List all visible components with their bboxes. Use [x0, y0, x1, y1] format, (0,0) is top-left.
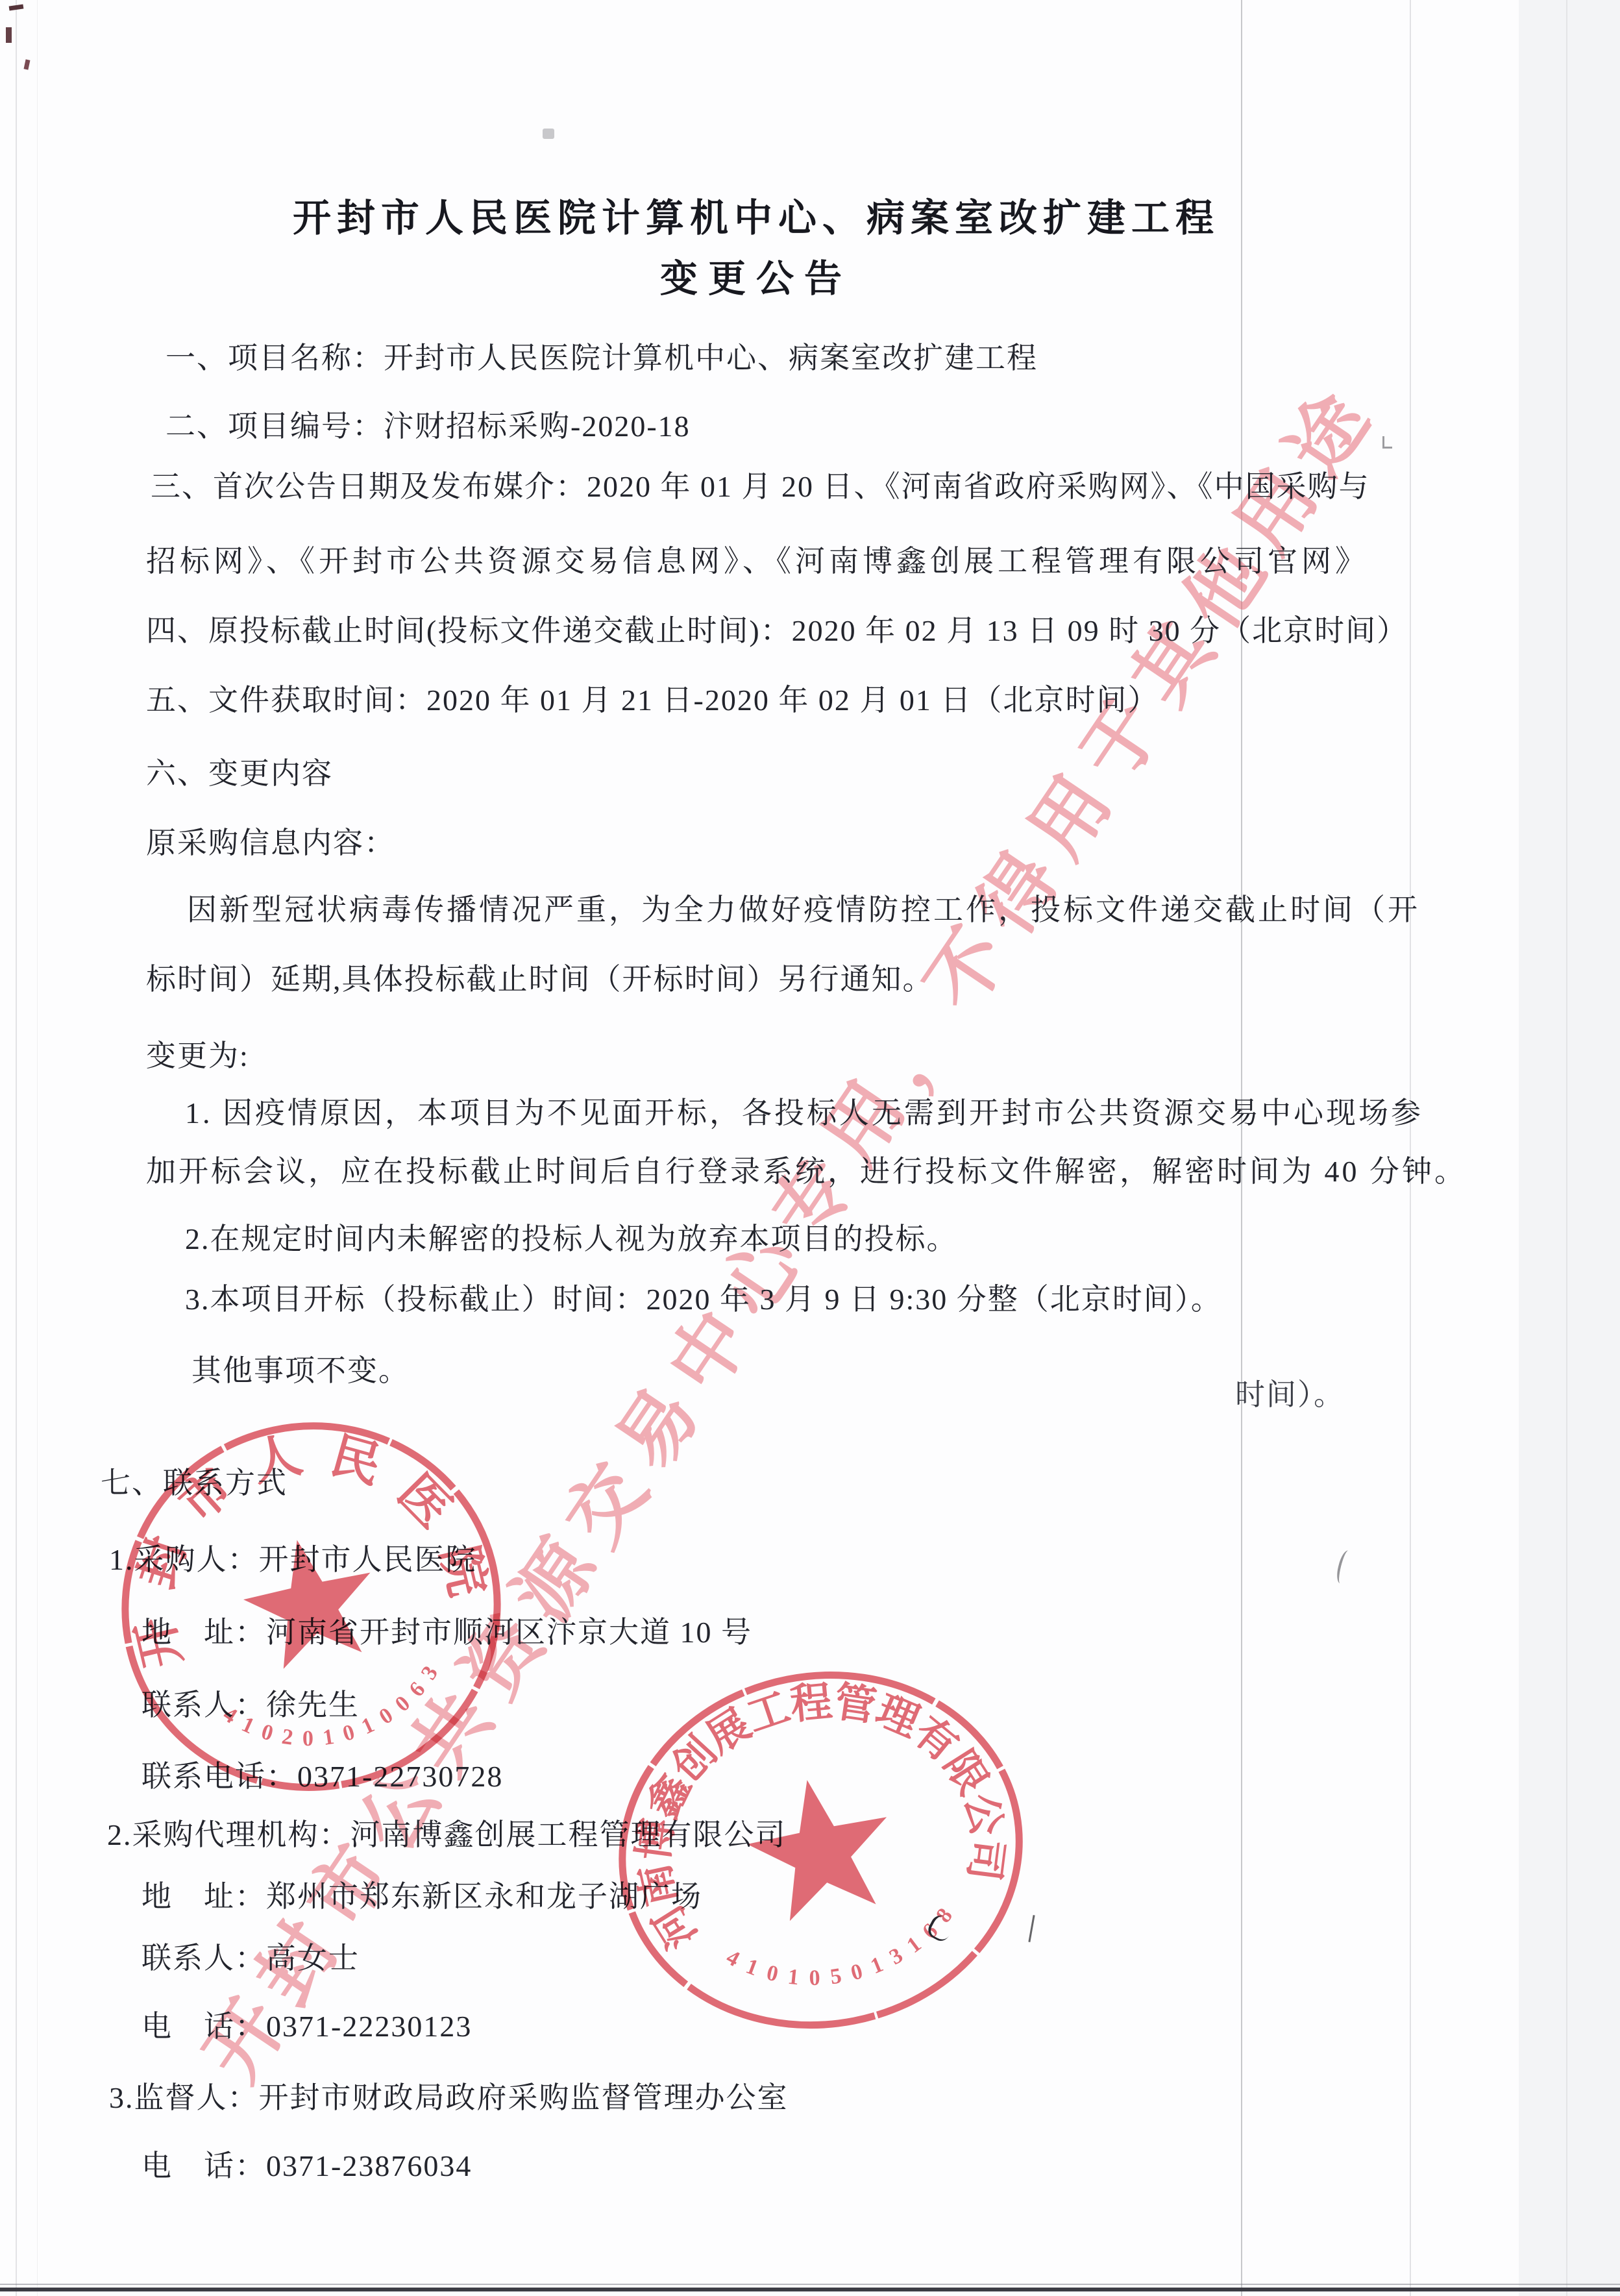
star-icon [234, 1527, 386, 1674]
doc-line-change-2: 2.在规定时间内未解密的投标人视为放弃本项目的投标。 [185, 1215, 958, 1258]
scan-bottom-edge [0, 2284, 1620, 2285]
doc-line-change-content: 六、变更内容 [146, 750, 333, 793]
official-seal-agency: 河南博鑫创展工程管理有限公司 4101050131682 [582, 1632, 1060, 2071]
doc-line-change-1b: 加开标会议，应在投标截止时间后自行登录系统，进行投标文件解密，解密时间为 40 … [146, 1148, 1467, 1191]
scan-shade-strip [1519, 0, 1620, 2296]
doc-line-supervisor-phone: 电 话：0371-23876034 [141, 2142, 472, 2185]
doc-line-project-number: 二、项目编号：汴财招标采购-2020-18 [166, 402, 691, 445]
scan-edge-line [16, 0, 17, 2296]
star-icon [737, 1766, 902, 1926]
document-title: 开封市人民医院计算机中心、病案室改扩建工程 [0, 187, 1512, 242]
scan-ink-speck [1334, 1549, 1354, 1585]
scan-corner-speck [24, 59, 31, 69]
scan-bottom-edge [0, 2288, 1620, 2291]
doc-line-covid-para-1: 因新型冠状病毒传播情况严重，为全力做好疫情防控工作，投标文件递交截止时间（开 [187, 886, 1420, 929]
doc-line-covid-para-2: 标时间）延期,具体投标截止时间（开标时间）另行通知。 [146, 956, 934, 998]
doc-line-changed-to: 变更为: [146, 1032, 249, 1075]
official-seal-hospital: 开封市人民医院 4102010100637 [82, 1382, 542, 1834]
doc-line-agency-phone: 电 话：0371-22230123 [141, 2003, 472, 2045]
doc-line-agency-contact: 联系人：高女士 [141, 1934, 360, 1977]
scan-fold-line [1566, 0, 1567, 2296]
doc-line-doc-obtain-time: 五、文件获取时间：2020 年 01 月 21 日-2020 年 02 月 01… [146, 676, 1159, 719]
doc-line-others-unchanged: 其他事项不变。 [191, 1347, 410, 1390]
scan-smudge [543, 129, 554, 139]
doc-line-original-deadline: 四、原投标截止时间(投标文件递交截止时间)：2020 年 02 月 13 日 0… [146, 607, 1408, 650]
doc-line-first-announce: 三、首次公告日期及发布媒介：2020 年 01 月 20 日、《河南省政府采购网… [151, 463, 1370, 506]
doc-line-change-1a: 1. 因疫情原因，本项目为不见面开标，各投标人无需到开封市公共资源交易中心现场参 [185, 1089, 1423, 1132]
doc-line-first-announce-wrap: 招标网》、《开封市公共资源交易信息网》、《河南博鑫创展工程管理有限公司官网》 [146, 537, 1369, 580]
doc-line-project-name: 一、项目名称：开封市人民医院计算机中心、病案室改扩建工程 [166, 334, 1038, 377]
scan-edge-line [37, 0, 38, 2296]
doc-line-supervisor: 3.监督人：开封市财政局政府采购监督管理办公室 [109, 2074, 789, 2117]
scan-ink-speck [1382, 436, 1392, 449]
doc-line-change-3: 3.本项目开标（投标截止）时间：2020 年 3 月 9 日 9:30 分整（北… [185, 1276, 1222, 1318]
scan-corner-speck [6, 27, 12, 43]
scan-corner-speck [9, 5, 24, 11]
print-ghost-fragment: 时间）。 [1235, 1371, 1345, 1414]
document-subtitle: 变更公告 [0, 248, 1512, 302]
doc-line-original-info: 原采购信息内容： [146, 819, 395, 862]
scanned-document-page: 开封市公共资源交易中心专用，不得用于其他用途 开封市人民医院计算机中心、病案室改… [0, 0, 1620, 2296]
